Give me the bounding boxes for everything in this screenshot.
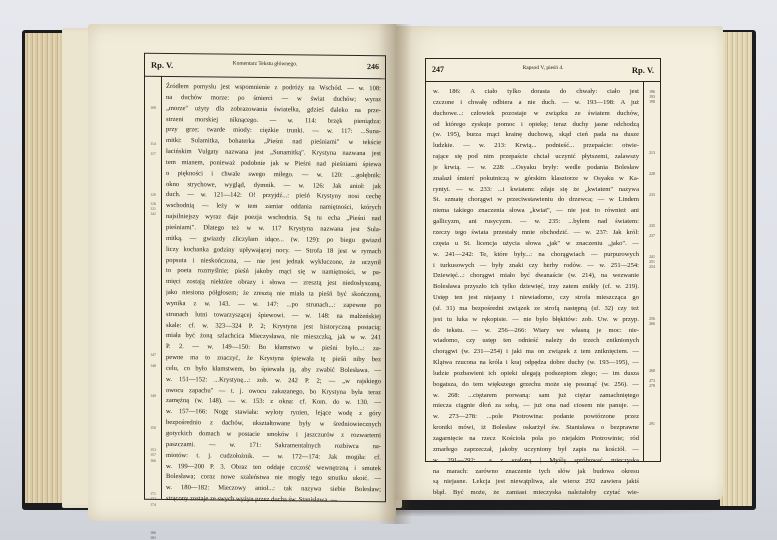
text-line: na marach: zarówno znaczenie tych słów j… (433, 467, 639, 478)
text-line: je krwią. — w. 228: ...Osyaku bryły: wed… (433, 163, 639, 174)
text-line: miecza ciągnie dłoń za sobą, — już ona n… (433, 401, 639, 412)
verse-number: 235 (644, 224, 660, 229)
text-line: (sf. 31) ma bezpośredni związek ze strof… (433, 304, 639, 315)
running-title: Komentarz Tekstu głównego. (145, 60, 385, 69)
commentary-text: Źródłem pomysłu jest wspomnienie z podró… (166, 82, 381, 507)
text-line: wiadomo, czy ustęp ten odnieść należy do… (433, 336, 639, 347)
verse-number: 241 (644, 255, 660, 260)
verse-number: 147 (145, 353, 161, 358)
verse-number: 182 (145, 536, 161, 540)
text-line: są niejasne. Lekcja jest niewątpliwa, al… (433, 477, 639, 488)
page-edges-right (720, 32, 752, 506)
verse-number: 149 (145, 394, 161, 399)
text-line: znalazł śmierć pokutniczą w górskim klas… (433, 174, 639, 185)
text-line: kroniki mówi, iż Bolesław oskarżył św. S… (433, 423, 639, 434)
verse-number: 174 (145, 503, 161, 508)
text-line: ludzkie. — w. 213: Krwią... podnieść... … (433, 141, 639, 152)
verse-number: 268 (644, 369, 660, 374)
text-line: czyska, to jest spróbować wieka trumny, … (433, 499, 639, 510)
verse-number: 228 (644, 172, 660, 177)
verse-number: 166 (145, 459, 161, 464)
text-line: w. 186: A ciało tylko dorasta do chwały:… (433, 87, 639, 98)
text-line: do tekstu. — w. 256—266: Wiary we własną… (433, 326, 639, 337)
text-line: od którego zyskuje pomoc i opiekę; teraz… (433, 120, 639, 131)
text-line: chorągwi (w. 231—254) i jaki ma on związ… (433, 347, 639, 358)
text-line: niema takiego znaczenia słowa „kwiat", —… (433, 206, 639, 217)
verse-number: 251 (644, 260, 660, 265)
verse-number: 114 (145, 142, 161, 147)
text-line: zagarnięcie na rzecz Kościoła pola po ni… (433, 434, 639, 445)
page-number: 246 (367, 62, 379, 71)
verse-number: 198 (644, 100, 660, 105)
text-line: częsta u St. licencja użycia słowa „jak"… (433, 239, 639, 250)
verse-number: 150 (145, 426, 161, 431)
left-page-frame: Rp. V. Komentarz Tekstu głównego. 246 10… (144, 53, 386, 503)
text-line: zmarłego zaprzeczał, jakoby uczyniony by… (433, 445, 639, 456)
verse-number: 157 (145, 453, 161, 458)
text-line: ryntyi. — w. 233: ...i kwiatem: zdaje si… (433, 185, 639, 196)
text-line: jest tu luka w rękopisie. — nie było błę… (433, 315, 639, 326)
verse-number: 172 (145, 497, 161, 502)
text-line: Ustęp ten jest niejasny i niewiadomo, cz… (433, 293, 639, 304)
text-line: w. 241—242: Te, które były...: na chorąg… (433, 250, 639, 261)
line-number-margin: 1861931982132282332352372412512542562662… (643, 81, 660, 461)
text-line: rzeczy tego świata przestały mnie obchod… (433, 228, 639, 239)
right-page-frame: 247 Rapsod V, pieśń 4. Rp. V. 1861931982… (425, 58, 661, 462)
text-line: w. 268: ...ciężarem porwaną: sam już cię… (433, 391, 639, 402)
verse-number: 186 (644, 90, 660, 95)
commentary-text: w. 186: A ciało tylko dorasta do chwały:… (433, 87, 639, 510)
text-line: w. 291—292: ...a z szaloną | Myślą sprób… (433, 456, 639, 467)
running-title: Rapsod V, pieśń 4. (426, 65, 660, 71)
text-line: (w. 195), burza mąci krainę duchową, ską… (433, 130, 639, 141)
text-line: Bolesława przyszło ich tylko dziewięć, t… (433, 282, 639, 293)
text-line: czczone i chwałę odbiera a nie duch. — w… (433, 98, 639, 109)
verse-number: 254 (644, 265, 660, 270)
verse-number: 278 (644, 384, 660, 389)
text-line: strącony zostaje ze swych wyżyn przez du… (166, 494, 381, 507)
text-line: gallicyzm, ani rusycyzm. — w. 235: ...by… (433, 217, 639, 228)
verse-number: 233 (644, 193, 660, 198)
verse-number: 121 (145, 207, 161, 212)
verse-number: 153 (145, 448, 161, 453)
verse-number: 193 (644, 95, 660, 100)
page-edges-left (25, 33, 67, 503)
left-page-header: Rp. V. Komentarz Tekstu głównego. 246 (145, 54, 385, 80)
text-line: duchowe...: człowiek pozostaje w związku… (433, 109, 639, 120)
text-line: błąd. Być może, że zamiast mieczyska nal… (433, 488, 639, 499)
text-line: Dziewięć...: chorągwi miało być dwanaści… (433, 271, 639, 282)
verse-number: 273 (644, 379, 660, 384)
text-line: Klątwa rzucona na króla i kraj odpędza d… (433, 358, 639, 369)
text-line: rające się pod nim przepaście chciał ucz… (433, 152, 639, 163)
text-line: St. szmatę chorągwi w przeciwstawieniu d… (433, 195, 639, 206)
verse-number: 126 (145, 202, 161, 207)
verse-number: 117 (145, 152, 161, 157)
verse-number: 291 (644, 422, 660, 427)
verse-number: 120 (145, 193, 161, 198)
line-number-margin: 1081141171201261211421471481491501531571… (145, 76, 162, 499)
verse-number: 171 (145, 492, 161, 497)
verse-number: 142 (145, 212, 161, 217)
verse-number: 148 (145, 364, 161, 369)
verse-number: 266 (644, 322, 660, 327)
verse-number: 213 (644, 151, 660, 156)
text-line: i turkusowych — były znaki czy herby rod… (433, 261, 639, 272)
text-line: ludzie pozbawieni ich opieki ulegają pod… (433, 369, 639, 380)
verse-number: 180 (145, 531, 161, 536)
right-page-header: 247 Rapsod V, pieśń 4. Rp. V. (426, 59, 660, 82)
text-line: bogatsza, do tem większego grzechu może … (433, 380, 639, 391)
verse-number: 108 (145, 106, 161, 111)
verse-number: 256 (644, 317, 660, 322)
text-line: w. 273—278: ...pole Piotrowina: podanie … (433, 412, 639, 423)
section-label: Rp. V. (632, 65, 654, 75)
verse-number: 237 (644, 234, 660, 239)
